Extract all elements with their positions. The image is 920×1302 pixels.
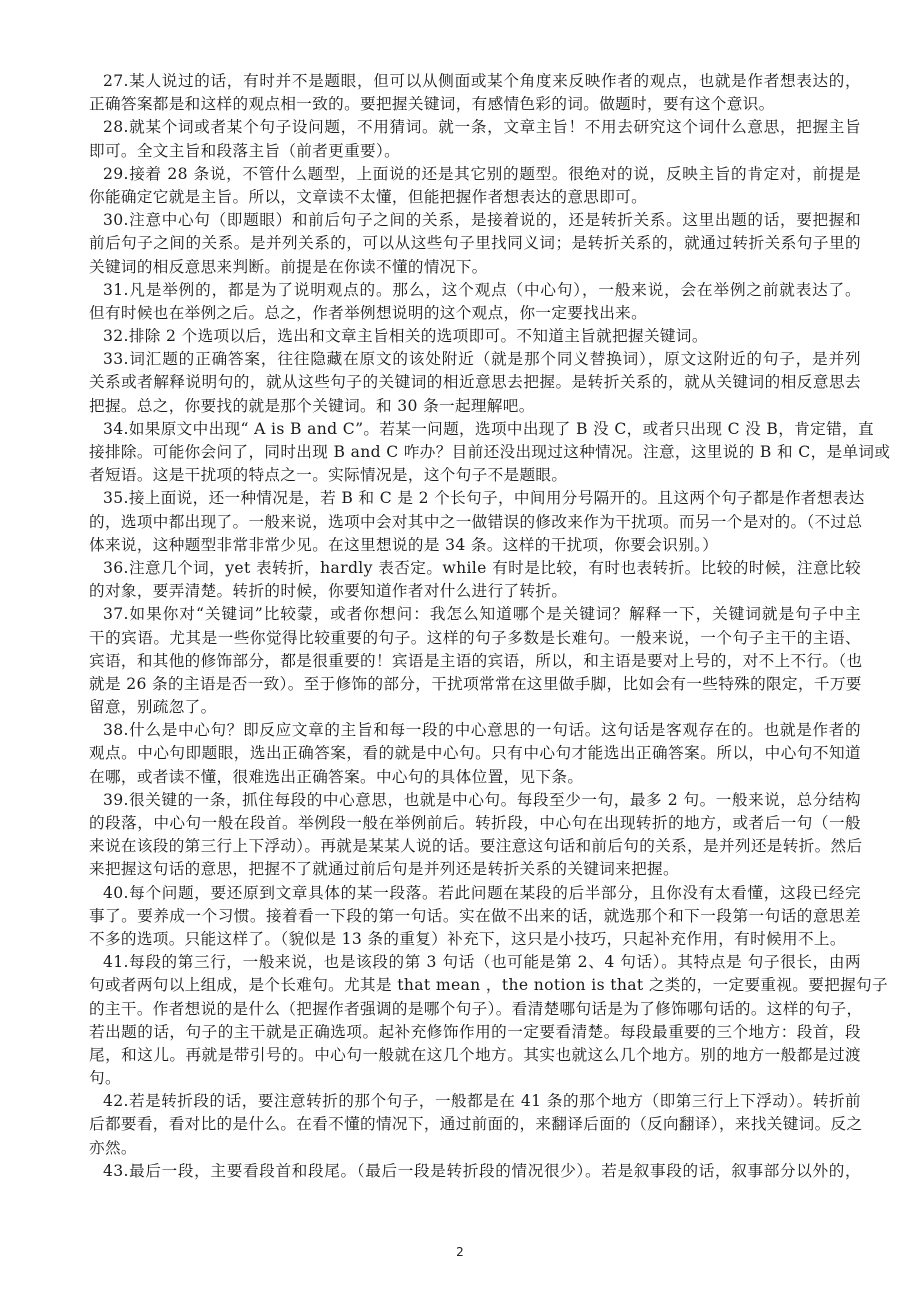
text-line: 40.每个问题，要还原到文章具体的某一段落。若此问题在某段的后半部分，且你没有太… (89, 882, 861, 905)
paragraph-33: 33.词汇题的正确答案，往往隐藏在原文的该处附近（就是那个同义替换词），原文这附… (89, 348, 861, 418)
page-number: 2 (0, 1245, 920, 1259)
text-line: 宾语，和其他的修饰部分，都是很重要的！宾语是主语的宾语，所以，和主语是要对上号的… (89, 650, 861, 673)
paragraph-32: 32.排除 2 个选项以后，选出和文章主旨相关的选项即可。不知道主旨就把握关键词… (89, 325, 861, 348)
text-line: 43.最后一段，主要看段首和段尾。（最后一段是转折段的情况很少）。若是叙事段的话… (89, 1160, 861, 1183)
text-line: 就是 26 条的主语是否一致）。至于修饰的部分，干扰项常常在这里做手脚，比如会有… (89, 673, 861, 696)
text-line: 27.某人说过的话，有时并不是题眼，但可以从侧面或某个角度来反映作者的观点，也就… (89, 70, 861, 93)
text-line: 尾，和这儿。再就是带引号的。中心句一般就在这几个地方。其实也就这么几个地方。别的… (89, 1044, 861, 1067)
text-line: 36.注意几个词，yet 表转折，hardly 表否定。while 有时是比较，… (89, 557, 861, 580)
paragraph-42: 42.若是转折段的话，要注意转折的那个句子，一般都是在 41 条的那个地方（即第… (89, 1090, 861, 1160)
paragraph-30: 30.注意中心句（即题眼）和前后句子之间的关系，是接着说的，还是转折关系。这里出… (89, 209, 861, 279)
text-line: 的段落，中心句一般在段首。举例段一般在举例前后。转折段，中心句在出现转折的地方，… (89, 812, 861, 835)
paragraph-43: 43.最后一段，主要看段首和段尾。（最后一段是转折段的情况很少）。若是叙事段的话… (89, 1160, 861, 1183)
text-line: 即可。全文主旨和段落主旨（前者更重要）。 (89, 140, 861, 163)
text-line: 若出题的话，句子的主干就是正确选项。起补充修饰作用的一定要看清楚。每段最重要的三… (89, 1021, 861, 1044)
text-line: 你能确定它就是主旨。所以，文章读不太懂，但能把握作者想表达的意思即可。 (89, 186, 861, 209)
paragraph-31: 31.凡是举例的，都是为了说明观点的。那么，这个观点（中心句），一般来说，会在举… (89, 279, 861, 325)
text-line: 的对象，要弄清楚。转折的时候，你要知道作者对什么进行了转折。 (89, 580, 861, 603)
paragraph-40: 40.每个问题，要还原到文章具体的某一段落。若此问题在某段的后半部分，且你没有太… (89, 882, 861, 952)
paragraph-35: 35.接上面说，还一种情况是，若 B 和 C 是 2 个长句子，中间用分号隔开的… (89, 487, 861, 557)
text-line: 来把握这句话的意思，把握不了就通过前后句是并列还是转折关系的关键词来把握。 (89, 858, 861, 881)
paragraph-27: 27.某人说过的话，有时并不是题眼，但可以从侧面或某个角度来反映作者的观点，也就… (89, 70, 861, 116)
text-line: 34.如果原文中出现“ A is B and C”。若某一问题，选项中出现了 B… (89, 418, 861, 441)
text-line: 干的宾语。尤其是一些你觉得比较重要的句子。这样的句子多数是长难句。一般来说，一个… (89, 627, 861, 650)
paragraph-29: 29.接着 28 条说，不管什么题型，上面说的还是其它别的题型。很绝对的说，反映… (89, 163, 861, 209)
text-line: 事了。要养成一个习惯。接着看一下段的第一句话。实在做不出来的话，就选那个和下一段… (89, 905, 861, 928)
text-line: 关系或者解释说明句的，就从这些句子的关键词的相近意思去把握。是转折关系的，就从关… (89, 371, 861, 394)
text-line: 但有时候也在举例之后。总之，作者举例想说明的这个观点，你一定要找出来。 (89, 302, 861, 325)
text-line: 39.很关键的一条，抓住每段的中心意思，也就是中心句。每段至少一句，最多 2 句… (89, 789, 861, 812)
text-line: 41.每段的第三行，一般来说，也是该段的第 3 句话（也可能是第 2、4 句话）… (89, 951, 861, 974)
text-line: 37.如果你对“关键词”比较蒙，或者你想问：我怎么知道哪个是关键词？解释一下，关… (89, 603, 861, 626)
paragraph-28: 28.就某个词或者某个句子设问题，不用猜词。就一条，文章主旨！不用去研究这个词什… (89, 116, 861, 162)
text-line: 42.若是转折段的话，要注意转折的那个句子，一般都是在 41 条的那个地方（即第… (89, 1090, 861, 1113)
text-line: 亦然。 (89, 1137, 861, 1160)
text-line: 后都要看，看对比的是什么。在看不懂的情况下，通过前面的，来翻译后面的（反向翻译）… (89, 1113, 861, 1136)
document-page: 27.某人说过的话，有时并不是题眼，但可以从侧面或某个角度来反映作者的观点，也就… (89, 70, 861, 1183)
text-line: 者短语。这是干扰项的特点之一。实际情况是，这个句子不是题眼。 (89, 464, 861, 487)
text-line: 留意，别疏忽了。 (89, 696, 861, 719)
text-line: 体来说，这种题型非常非常少见。在这里想说的是 34 条。这样的干扰项，你要会识别… (89, 534, 861, 557)
text-line: 29.接着 28 条说，不管什么题型，上面说的还是其它别的题型。很绝对的说，反映… (89, 163, 861, 186)
text-line: 前后句子之间的关系。是并列关系的，可以从这些句子里找同义词；是转折关系的，就通过… (89, 232, 861, 255)
text-line: 接排除。可能你会问了，同时出现 B and C 咋办？目前还没出现过这种情况。注… (89, 441, 861, 464)
text-line: 的主干。作者想说的是什么（把握作者强调的是哪个句子）。看清楚哪句话是为了修饰哪句… (89, 998, 861, 1021)
text-line: 正确答案都是和这样的观点相一致的。要把握关键词，有感情色彩的词。做题时，要有这个… (89, 93, 861, 116)
text-line: 来说在该段的第三行上下浮动）。再就是某某人说的话。要注意这句话和前后句的关系，是… (89, 835, 861, 858)
paragraph-34: 34.如果原文中出现“ A is B and C”。若某一问题，选项中出现了 B… (89, 418, 861, 488)
text-line: 在哪，或者读不懂，很难选出正确答案。中心句的具体位置，见下条。 (89, 766, 861, 789)
text-line: 32.排除 2 个选项以后，选出和文章主旨相关的选项即可。不知道主旨就把握关键词… (89, 325, 861, 348)
text-line: 33.词汇题的正确答案，往往隐藏在原文的该处附近（就是那个同义替换词），原文这附… (89, 348, 861, 371)
text-line: 35.接上面说，还一种情况是，若 B 和 C 是 2 个长句子，中间用分号隔开的… (89, 487, 861, 510)
text-line: 句或者两句以上组成，是个长难句。尤其是 that mean ，the notio… (89, 974, 861, 997)
paragraph-37: 37.如果你对“关键词”比较蒙，或者你想问：我怎么知道哪个是关键词？解释一下，关… (89, 603, 861, 719)
text-line: 的，选项中都出现了。一般来说，选项中会对其中之一做错误的修改来作为干扰项。而另一… (89, 511, 861, 534)
text-line: 28.就某个词或者某个句子设问题，不用猜词。就一条，文章主旨！不用去研究这个词什… (89, 116, 861, 139)
text-line: 38.什么是中心句？即反应文章的主旨和每一段的中心意思的一句话。这句话是客观存在… (89, 719, 861, 742)
text-line: 观点。中心句即题眼，选出正确答案，看的就是中心句。只有中心句才能选出正确答案。所… (89, 742, 861, 765)
paragraph-36: 36.注意几个词，yet 表转折，hardly 表否定。while 有时是比较，… (89, 557, 861, 603)
text-line: 句。 (89, 1067, 861, 1090)
text-line: 30.注意中心句（即题眼）和前后句子之间的关系，是接着说的，还是转折关系。这里出… (89, 209, 861, 232)
text-line: 把握。总之，你要找的就是那个关键词。和 30 条一起理解吧。 (89, 395, 861, 418)
paragraph-39: 39.很关键的一条，抓住每段的中心意思，也就是中心句。每段至少一句，最多 2 句… (89, 789, 861, 882)
paragraph-41: 41.每段的第三行，一般来说，也是该段的第 3 句话（也可能是第 2、4 句话）… (89, 951, 861, 1090)
text-line: 关键词的相反意思来判断。前提是在你读不懂的情况下。 (89, 256, 861, 279)
paragraph-38: 38.什么是中心句？即反应文章的主旨和每一段的中心意思的一句话。这句话是客观存在… (89, 719, 861, 789)
text-line: 31.凡是举例的，都是为了说明观点的。那么，这个观点（中心句），一般来说，会在举… (89, 279, 861, 302)
text-line: 不多的选项。只能这样了。（貌似是 13 条的重复）补充下，这只是小技巧，只起补充… (89, 928, 861, 951)
